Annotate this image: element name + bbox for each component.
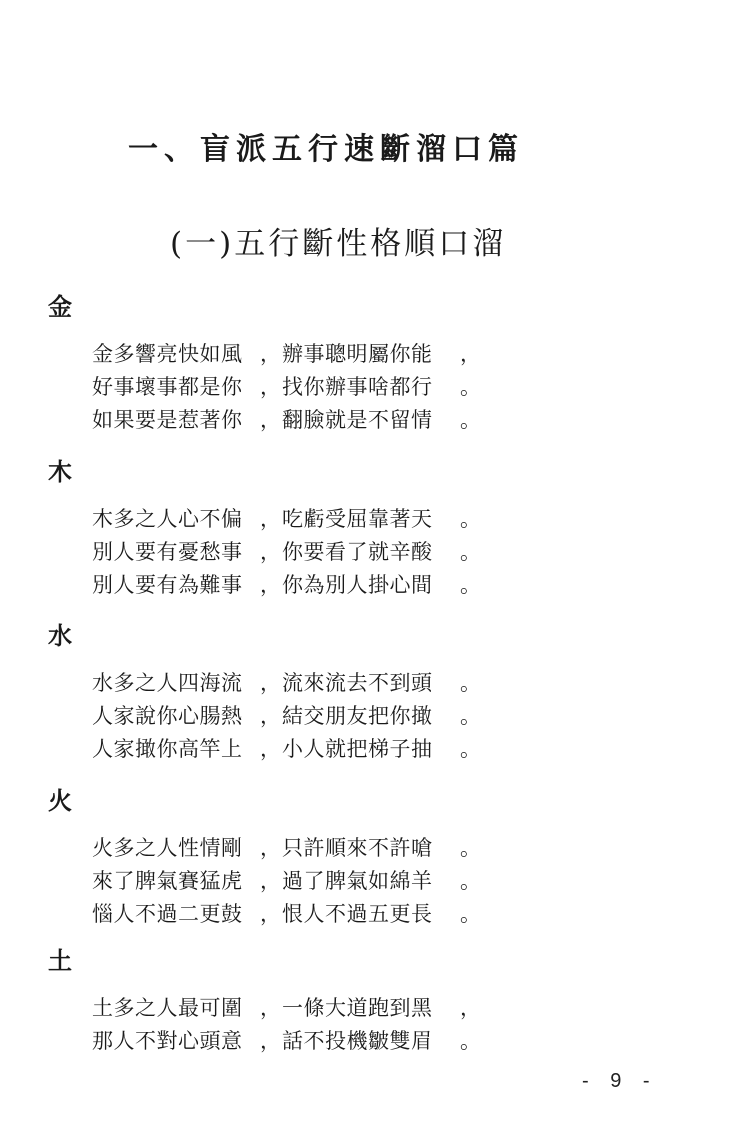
verse-end-punct: 。 xyxy=(450,536,490,569)
verse-second-half: 過了脾氣如綿羊 xyxy=(282,865,450,898)
verse-lines: 金多響亮快如風 ， 辦事聰明屬你能 ， 好事壞事都是你 ， 找你辦事啥都行 。 … xyxy=(92,338,490,437)
verse-first-half: 來了脾氣賽猛虎 xyxy=(92,865,260,898)
verse-separator: ， xyxy=(260,569,282,602)
verse-second-half: 吃虧受屈靠著天 xyxy=(282,503,450,536)
verse-first-half: 別人要有憂愁事 xyxy=(92,536,260,569)
verse-second-half: 你要看了就辛酸 xyxy=(282,536,450,569)
verse-line: 水多之人四海流 ， 流來流去不到頭 。 xyxy=(92,667,490,700)
verse-line: 火多之人性情剛 ， 只許順來不許嗆 。 xyxy=(92,832,490,865)
verse-second-half: 辦事聰明屬你能 xyxy=(282,338,450,371)
verse-line: 那人不對心頭意 ， 話不投機皺雙眉 。 xyxy=(92,1025,490,1058)
verse-end-punct: 。 xyxy=(450,832,490,865)
verse-first-half: 別人要有為難事 xyxy=(92,569,260,602)
verse-second-half: 流來流去不到頭 xyxy=(282,667,450,700)
verse-second-half: 結交朋友把你撖 xyxy=(282,700,450,733)
section-title: (一)五行斷性格順口溜 xyxy=(170,222,570,266)
verse-end-punct: ， xyxy=(450,338,490,371)
verse-first-half: 惱人不過二更鼓 xyxy=(92,898,260,931)
verse-line: 來了脾氣賽猛虎 ， 過了脾氣如綿羊 。 xyxy=(92,865,490,898)
verse-separator: ， xyxy=(260,1025,282,1058)
verse-separator: ， xyxy=(260,536,282,569)
verse-first-half: 人家說你心腸熱 xyxy=(92,700,260,733)
verse-line: 好事壞事都是你 ， 找你辦事啥都行 。 xyxy=(92,371,490,404)
verse-first-half: 火多之人性情剛 xyxy=(92,832,260,865)
verse-first-half: 水多之人四海流 xyxy=(92,667,260,700)
verse-lines: 土多之人最可圍 ， 一條大道跑到黑 ， 那人不對心頭意 ， 話不投機皺雙眉 。 xyxy=(92,992,490,1058)
verse-second-half: 找你辦事啥都行 xyxy=(282,371,450,404)
verse-second-half: 恨人不過五更長 xyxy=(282,898,450,931)
verse-separator: ， xyxy=(260,733,282,766)
verse-separator: ， xyxy=(260,992,282,1025)
element-heading-metal: 金 xyxy=(48,292,72,322)
verse-line: 惱人不過二更鼓 ， 恨人不過五更長 。 xyxy=(92,898,490,931)
verse-second-half: 話不投機皺雙眉 xyxy=(282,1025,450,1058)
verse-lines: 木多之人心不偏 ， 吃虧受屈靠著天 。 別人要有憂愁事 ， 你要看了就辛酸 。 … xyxy=(92,503,490,602)
verse-separator: ， xyxy=(260,503,282,536)
verse-first-half: 金多響亮快如風 xyxy=(92,338,260,371)
verse-first-half: 如果要是惹著你 xyxy=(92,404,260,437)
verse-end-punct: 。 xyxy=(450,898,490,931)
verse-second-half: 只許順來不許嗆 xyxy=(282,832,450,865)
verse-end-punct: 。 xyxy=(450,569,490,602)
verse-line: 土多之人最可圍 ， 一條大道跑到黑 ， xyxy=(92,992,490,1025)
verse-end-punct: 。 xyxy=(450,865,490,898)
verse-end-punct: 。 xyxy=(450,1025,490,1058)
verse-line: 如果要是惹著你 ， 翻臉就是不留情 。 xyxy=(92,404,490,437)
verse-first-half: 木多之人心不偏 xyxy=(92,503,260,536)
verse-end-punct: 。 xyxy=(450,404,490,437)
verse-line: 木多之人心不偏 ， 吃虧受屈靠著天 。 xyxy=(92,503,490,536)
verse-end-punct: 。 xyxy=(450,503,490,536)
verse-first-half: 土多之人最可圍 xyxy=(92,992,260,1025)
verse-end-punct: ， xyxy=(450,992,490,1025)
verse-separator: ， xyxy=(260,898,282,931)
document-page: 一、盲派五行速斷溜口篇 (一)五行斷性格順口溜 金 金多響亮快如風 ， 辦事聰明… xyxy=(0,0,737,1127)
verse-separator: ， xyxy=(260,371,282,404)
verse-end-punct: 。 xyxy=(450,667,490,700)
element-heading-earth: 土 xyxy=(48,946,72,976)
verse-separator: ， xyxy=(260,832,282,865)
verse-first-half: 那人不對心頭意 xyxy=(92,1025,260,1058)
verse-separator: ， xyxy=(260,404,282,437)
verse-separator: ， xyxy=(260,700,282,733)
element-heading-fire: 火 xyxy=(48,786,72,816)
verse-lines: 水多之人四海流 ， 流來流去不到頭 。 人家說你心腸熱 ， 結交朋友把你撖 。 … xyxy=(92,667,490,766)
verse-line: 別人要有憂愁事 ， 你要看了就辛酸 。 xyxy=(92,536,490,569)
verse-second-half: 小人就把梯子抽 xyxy=(282,733,450,766)
chapter-title: 一、盲派五行速斷溜口篇 xyxy=(128,128,588,172)
verse-lines: 火多之人性情剛 ， 只許順來不許嗆 。 來了脾氣賽猛虎 ， 過了脾氣如綿羊 。 … xyxy=(92,832,490,931)
verse-separator: ， xyxy=(260,338,282,371)
verse-separator: ， xyxy=(260,667,282,700)
verse-second-half: 一條大道跑到黑 xyxy=(282,992,450,1025)
verse-line: 人家撖你高竿上 ， 小人就把梯子抽 。 xyxy=(92,733,490,766)
verse-end-punct: 。 xyxy=(450,733,490,766)
verse-separator: ， xyxy=(260,865,282,898)
page-number: - 9 - xyxy=(582,1070,658,1093)
verse-second-half: 翻臉就是不留情 xyxy=(282,404,450,437)
verse-line: 金多響亮快如風 ， 辦事聰明屬你能 ， xyxy=(92,338,490,371)
verse-first-half: 人家撖你高竿上 xyxy=(92,733,260,766)
verse-line: 別人要有為難事 ， 你為別人掛心間 。 xyxy=(92,569,490,602)
element-heading-water: 水 xyxy=(48,621,72,651)
verse-line: 人家說你心腸熱 ， 結交朋友把你撖 。 xyxy=(92,700,490,733)
verse-first-half: 好事壞事都是你 xyxy=(92,371,260,404)
element-heading-wood: 木 xyxy=(48,457,72,487)
verse-end-punct: 。 xyxy=(450,700,490,733)
verse-second-half: 你為別人掛心間 xyxy=(282,569,450,602)
verse-end-punct: 。 xyxy=(450,371,490,404)
